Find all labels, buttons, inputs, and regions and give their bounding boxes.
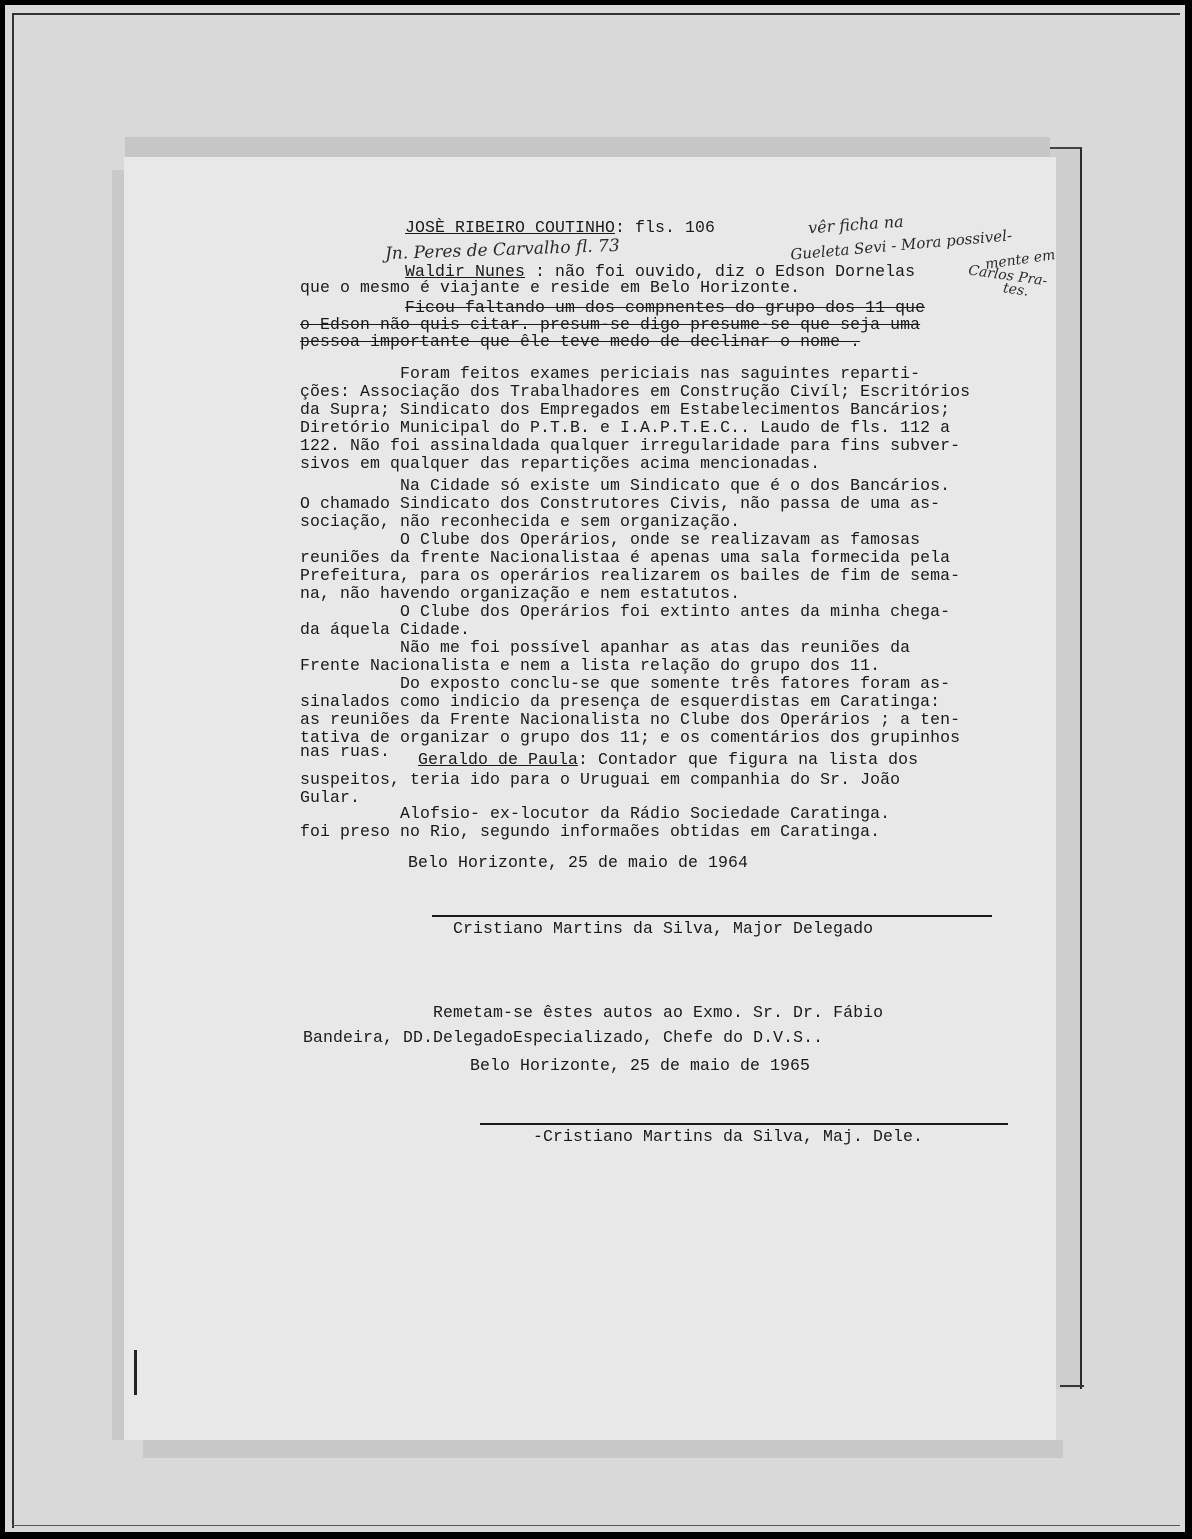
document-header: JOSÈ RIBEIRO COUTINHO: fls. 106 (405, 218, 715, 238)
struck-line-3: pessoa importante que êle teve medo de d… (300, 332, 860, 352)
geraldo-statement: : Contador que figura na lista dos (578, 750, 918, 769)
geraldo-name: Geraldo de Paula (418, 750, 578, 769)
scan-border-bottom (12, 1525, 1180, 1526)
findings-line: reuniões da frente Nacionalistaa é apena… (300, 548, 950, 568)
back-sheet-foot (1060, 1385, 1084, 1387)
findings-line: Do exposto conclu-se que somente três fa… (300, 674, 950, 694)
aloisio-line-1: Alofsio- ex-locutor da Rádio Sociedade C… (300, 804, 890, 824)
signature-1: Cristiano Martins da Silva, Major Delega… (453, 919, 873, 939)
findings-line: O Clube dos Operários, onde se realizava… (300, 530, 920, 550)
exames-line: 122. Não foi assinaldada qualquer irregu… (300, 436, 960, 456)
geraldo-line-1: Geraldo de Paula: Contador que figura na… (418, 750, 918, 770)
paper-edge-mark (134, 1350, 137, 1395)
findings-line: Frente Nacionalista e nem a lista relaçã… (300, 656, 880, 676)
date-1965: Belo Horizonte, 25 de maio de 1965 (470, 1056, 810, 1076)
findings-line: Na Cidade só existe um Sindicato que é o… (300, 476, 950, 496)
exames-line: ções: Associação dos Trabalhadores em Co… (300, 382, 970, 402)
subject-name: JOSÈ RIBEIRO COUTINHO (405, 218, 615, 237)
folio-ref: : fls. 106 (615, 218, 715, 237)
signature-line-1 (432, 915, 992, 917)
handwritten-note-right-5: tes. (1002, 280, 1030, 299)
remessa-line-1: Remetam-se êstes autos ao Exmo. Sr. Dr. … (433, 1003, 883, 1023)
findings-line: Prefeitura, para os operários realizarem… (300, 566, 960, 586)
remessa-line-2: Bandeira, DD.DelegadoEspecializado, Chef… (303, 1028, 823, 1048)
findings-line: tativa de organizar o grupo dos 11; e os… (300, 728, 960, 748)
paper-shadow-top (125, 137, 1050, 159)
findings-line: da áquela Cidade. (300, 620, 470, 640)
scan-border-left (12, 13, 14, 1528)
findings-line: O chamado Sindicato dos Construtores Civ… (300, 494, 940, 514)
findings-line: as reuniões da Frente Nacionalista no Cl… (300, 710, 960, 730)
signature-line-2 (480, 1123, 1008, 1125)
signature-2: -Cristiano Martins da Silva, Maj. Dele. (533, 1127, 923, 1147)
findings-line: sociação, não reconhecida e sem organiza… (300, 512, 740, 532)
findings-line: nas ruas. (300, 742, 390, 762)
exames-line: Foram feitos exames periciais nas saguin… (300, 364, 920, 384)
findings-line: O Clube dos Operários foi extinto antes … (300, 602, 950, 622)
findings-line: Não me foi possível apanhar as atas das … (300, 638, 910, 658)
aloisio-line-2: foi preso no Rio, segundo informaões obt… (300, 822, 880, 842)
waldir-line-2: que o mesmo é viajante e reside em Belo … (300, 278, 800, 298)
findings-line: na, não havendo organização e nem estatu… (300, 584, 740, 604)
exames-line: da Supra; Sindicato dos Empregados em Es… (300, 400, 950, 420)
paper-shadow-bottom (143, 1440, 1063, 1458)
date-1964: Belo Horizonte, 25 de maio de 1964 (408, 853, 748, 873)
scan-border-top (12, 13, 1180, 15)
geraldo-line-2: suspeitos, teria ido para o Uruguai em c… (300, 770, 900, 790)
findings-line: sinalados como indicio da presença de es… (300, 692, 940, 712)
exames-line: Diretório Municipal do P.T.B. e I.A.P.T.… (300, 418, 950, 438)
exames-line: sivos em qualquer das repartições acima … (300, 454, 820, 474)
